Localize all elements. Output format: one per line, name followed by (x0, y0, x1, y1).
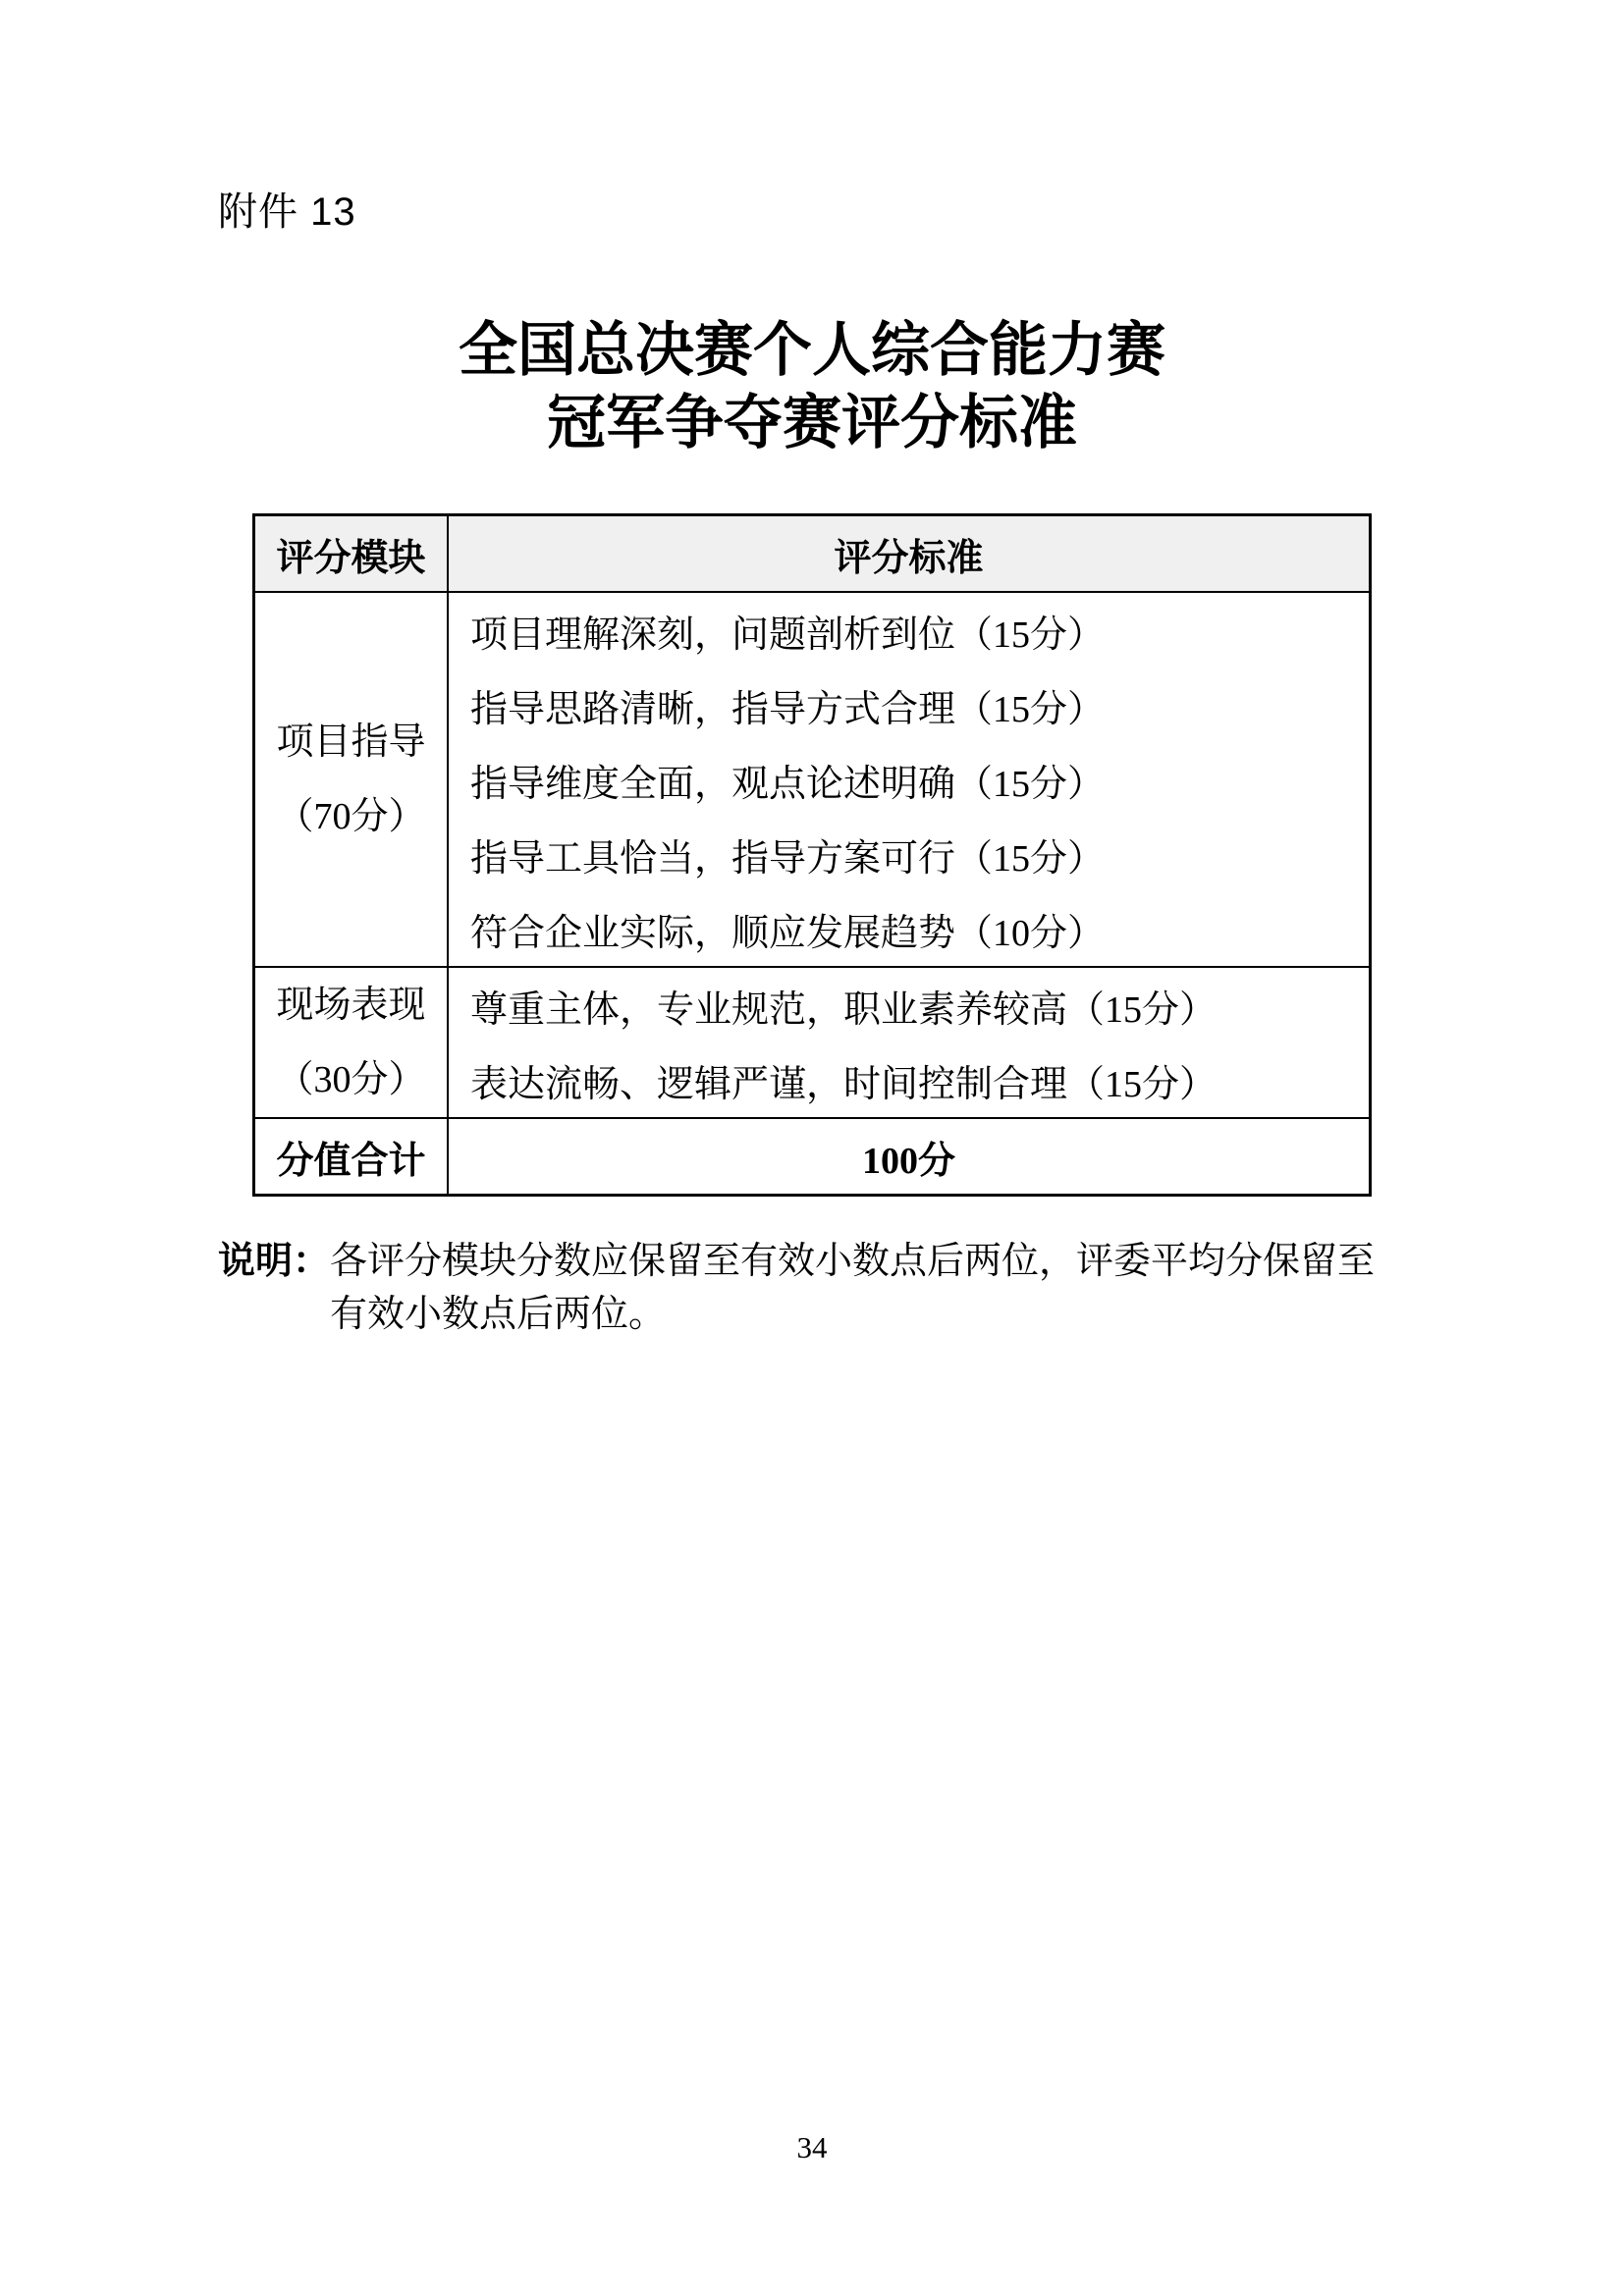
scoring-table: 评分模块 评分标准 项目指导 （70分） 项目理解深刻，问题剖析到位（15分） … (252, 513, 1372, 1197)
note-text: 各评分模块分数应保留至有效小数点后两位，评委平均分保留至 有效小数点后两位。 (330, 1235, 1455, 1341)
column-header-module: 评分模块 (255, 516, 449, 591)
page-number: 34 (0, 2130, 1624, 2165)
module-cell-project-guidance: 项目指导 （70分） (255, 593, 449, 966)
title-line-1: 全国总决赛个人综合能力赛 (0, 314, 1624, 387)
criteria-line: 指导思路清晰，指导方式合理（15分） (449, 667, 1369, 742)
module-name: 现场表现 (276, 968, 425, 1042)
column-header-criteria: 评分标准 (449, 516, 1369, 591)
criteria-line: 符合企业实际，顺应发展趋势（10分） (449, 891, 1369, 966)
title-line-2: 冠军争夺赛评分标准 (0, 387, 1624, 459)
total-value: 100分 (449, 1119, 1369, 1194)
module-name: 项目指导 (276, 705, 425, 779)
note-label: 说明： (218, 1235, 330, 1341)
document-page: 附件 13 全国总决赛个人综合能力赛 冠军争夺赛评分标准 评分模块 评分标准 项… (0, 0, 1624, 2296)
table-row-total: 分值合计 100分 (255, 1117, 1369, 1194)
module-score: （30分） (276, 1042, 425, 1117)
module-score: （70分） (276, 779, 425, 854)
criteria-line: 表达流畅、逻辑严谨，时间控制合理（15分） (449, 1042, 1369, 1117)
note-line-2: 有效小数点后两位。 (330, 1288, 1455, 1341)
criteria-cell-project-guidance: 项目理解深刻，问题剖析到位（15分） 指导思路清晰，指导方式合理（15分） 指导… (449, 593, 1369, 966)
document-title: 全国总决赛个人综合能力赛 冠军争夺赛评分标准 (0, 314, 1624, 459)
note-paragraph: 说明： 各评分模块分数应保留至有效小数点后两位，评委平均分保留至 有效小数点后两… (218, 1235, 1455, 1341)
criteria-line: 项目理解深刻，问题剖析到位（15分） (449, 593, 1369, 667)
table-row-onsite-performance: 现场表现 （30分） 尊重主体，专业规范，职业素养较高（15分） 表达流畅、逻辑… (255, 966, 1369, 1117)
note-line-1: 各评分模块分数应保留至有效小数点后两位，评委平均分保留至 (330, 1235, 1455, 1288)
table-row-project-guidance: 项目指导 （70分） 项目理解深刻，问题剖析到位（15分） 指导思路清晰，指导方… (255, 591, 1369, 966)
module-cell-onsite-performance: 现场表现 （30分） (255, 968, 449, 1117)
criteria-line: 指导工具恰当，指导方案可行（15分） (449, 817, 1369, 891)
criteria-line: 尊重主体，专业规范，职业素养较高（15分） (449, 968, 1369, 1042)
attachment-label: 附件 13 (218, 190, 356, 234)
table-header-row: 评分模块 评分标准 (255, 516, 1369, 591)
criteria-line: 指导维度全面，观点论述明确（15分） (449, 742, 1369, 817)
total-label: 分值合计 (255, 1119, 449, 1194)
criteria-cell-onsite-performance: 尊重主体，专业规范，职业素养较高（15分） 表达流畅、逻辑严谨，时间控制合理（1… (449, 968, 1369, 1117)
